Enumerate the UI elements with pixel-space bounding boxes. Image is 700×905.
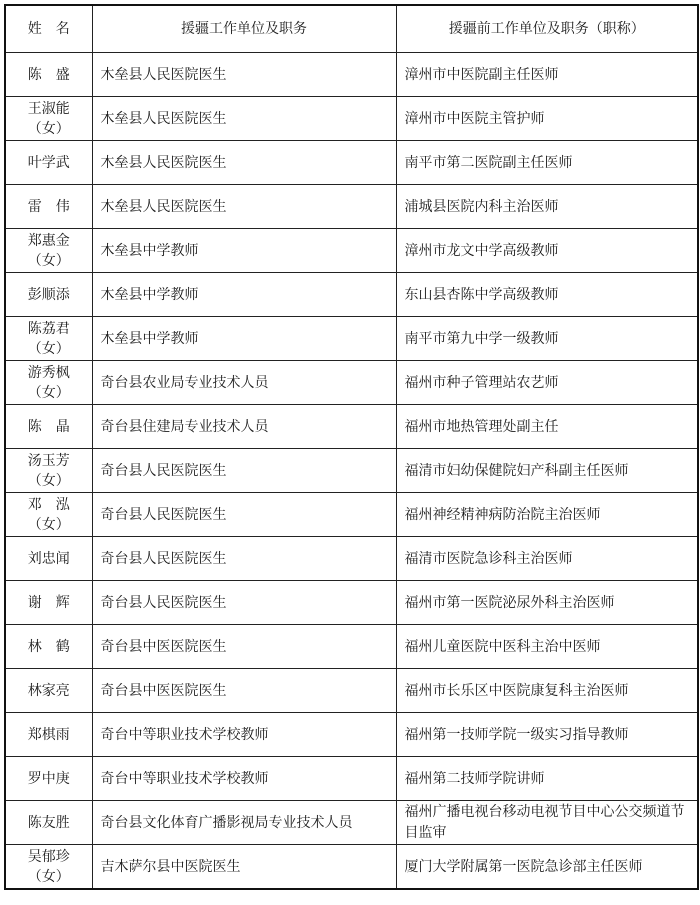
person-name: 谢 辉 [14,593,84,613]
name-cell: 林 鹤 [5,625,92,669]
previous-post-cell: 东山县杏陈中学高级教师 [396,273,698,317]
personnel-table: 姓 名 援疆工作单位及职务 援疆前工作单位及职务（职称） 陈 盛 木垒县人民医院… [4,4,699,890]
name-cell: 王淑能 （女） [5,97,92,141]
table-row: 陈 晶 奇台县住建局专业技术人员 福州市地热管理处副主任 [5,405,698,449]
table-row: 王淑能 （女） 木垒县人民医院医生 漳州市中医院主管护师 [5,97,698,141]
document-page: 姓 名 援疆工作单位及职务 援疆前工作单位及职务（职称） 陈 盛 木垒县人民医院… [4,4,699,890]
name-cell: 雷 伟 [5,185,92,229]
previous-post-cell: 福州神经精神病防治院主治医师 [396,493,698,537]
gender-note: （女） [14,471,84,491]
table-row: 陈荔君 （女） 木垒县中学教师 南平市第九中学一级教师 [5,317,698,361]
name-cell: 林家亮 [5,669,92,713]
gender-note: （女） [14,867,84,887]
xinjiang-post-cell: 奇台县人民医院医生 [92,449,396,493]
previous-post-cell: 福州市种子管理站农艺师 [396,361,698,405]
previous-post-cell: 福州第二技师学院讲师 [396,757,698,801]
table-row: 罗中庚 奇台中等职业技术学校教师 福州第二技师学院讲师 [5,757,698,801]
xinjiang-post-cell: 奇台中等职业技术学校教师 [92,757,396,801]
header-name: 姓 名 [5,5,92,53]
person-name: 汤玉芳 [14,451,84,471]
person-name: 罗中庚 [14,769,84,789]
previous-post-cell: 福清市医院急诊科主治医师 [396,537,698,581]
name-cell: 吴郁珍 （女） [5,845,92,890]
table-body: 陈 盛 木垒县人民医院医生 漳州市中医院副主任医师 王淑能 （女） 木垒县人民医… [5,53,698,890]
person-name: 彭顺添 [14,285,84,305]
table-row: 游秀枫 （女） 奇台县农业局专业技术人员 福州市种子管理站农艺师 [5,361,698,405]
xinjiang-post-cell: 奇台中等职业技术学校教师 [92,713,396,757]
xinjiang-post-cell: 木垒县人民医院医生 [92,141,396,185]
person-name: 吴郁珍 [14,847,84,867]
person-name: 刘忠闻 [14,549,84,569]
table-row: 林 鹤 奇台县中医医院医生 福州儿童医院中医科主治中医师 [5,625,698,669]
previous-post-cell: 漳州市龙文中学高级教师 [396,229,698,273]
previous-post-cell: 南平市第二医院副主任医师 [396,141,698,185]
header-xinjiang-post: 援疆工作单位及职务 [92,5,396,53]
xinjiang-post-cell: 奇台县人民医院医生 [92,493,396,537]
gender-note: （女） [14,515,84,535]
previous-post-cell: 南平市第九中学一级教师 [396,317,698,361]
person-name: 林 鹤 [14,637,84,657]
table-row: 吴郁珍 （女） 吉木萨尔县中医院医生 厦门大学附属第一医院急诊部主任医师 [5,845,698,890]
xinjiang-post-cell: 奇台县人民医院医生 [92,537,396,581]
gender-note: （女） [14,383,84,403]
previous-post-cell: 漳州市中医院副主任医师 [396,53,698,97]
name-cell: 罗中庚 [5,757,92,801]
previous-post-cell: 漳州市中医院主管护师 [396,97,698,141]
xinjiang-post-cell: 木垒县人民医院医生 [92,97,396,141]
table-row: 郑惠金 （女） 木垒县中学教师 漳州市龙文中学高级教师 [5,229,698,273]
previous-post-cell: 福州市地热管理处副主任 [396,405,698,449]
gender-note: （女） [14,251,84,271]
table-row: 刘忠闻 奇台县人民医院医生 福清市医院急诊科主治医师 [5,537,698,581]
previous-post-cell: 福州市第一医院泌尿外科主治医师 [396,581,698,625]
person-name: 雷 伟 [14,197,84,217]
name-cell: 汤玉芳 （女） [5,449,92,493]
previous-post-cell: 福州广播电视台移动电视节目中心公交频道节目监审 [396,801,698,845]
person-name: 王淑能 [14,99,84,119]
person-name: 陈 盛 [14,65,84,85]
person-name: 郑棋雨 [14,725,84,745]
previous-post-cell: 福州儿童医院中医科主治中医师 [396,625,698,669]
table-row: 叶学武 木垒县人民医院医生 南平市第二医院副主任医师 [5,141,698,185]
table-row: 林家亮 奇台县中医医院医生 福州市长乐区中医院康复科主治医师 [5,669,698,713]
person-name: 郑惠金 [14,231,84,251]
name-cell: 刘忠闻 [5,537,92,581]
xinjiang-post-cell: 木垒县中学教师 [92,229,396,273]
name-cell: 陈友胜 [5,801,92,845]
person-name: 游秀枫 [14,363,84,383]
person-name: 陈荔君 [14,319,84,339]
table-row: 彭顺添 木垒县中学教师 东山县杏陈中学高级教师 [5,273,698,317]
name-cell: 谢 辉 [5,581,92,625]
name-cell: 郑惠金 （女） [5,229,92,273]
header-row: 姓 名 援疆工作单位及职务 援疆前工作单位及职务（职称） [5,5,698,53]
table-row: 陈 盛 木垒县人民医院医生 漳州市中医院副主任医师 [5,53,698,97]
gender-note: （女） [14,339,84,359]
previous-post-cell: 福清市妇幼保健院妇产科副主任医师 [396,449,698,493]
gender-note: （女） [14,119,84,139]
xinjiang-post-cell: 奇台县中医医院医生 [92,669,396,713]
table-row: 邓 泓 （女） 奇台县人民医院医生 福州神经精神病防治院主治医师 [5,493,698,537]
person-name: 陈友胜 [14,813,84,833]
xinjiang-post-cell: 奇台县中医医院医生 [92,625,396,669]
xinjiang-post-cell: 奇台县住建局专业技术人员 [92,405,396,449]
name-cell: 陈 盛 [5,53,92,97]
xinjiang-post-cell: 吉木萨尔县中医院医生 [92,845,396,890]
name-cell: 邓 泓 （女） [5,493,92,537]
table-row: 汤玉芳 （女） 奇台县人民医院医生 福清市妇幼保健院妇产科副主任医师 [5,449,698,493]
person-name: 陈 晶 [14,417,84,437]
name-cell: 陈荔君 （女） [5,317,92,361]
header-previous-post: 援疆前工作单位及职务（职称） [396,5,698,53]
name-cell: 彭顺添 [5,273,92,317]
previous-post-cell: 浦城县医院内科主治医师 [396,185,698,229]
table-row: 雷 伟 木垒县人民医院医生 浦城县医院内科主治医师 [5,185,698,229]
previous-post-cell: 厦门大学附属第一医院急诊部主任医师 [396,845,698,890]
previous-post-cell: 福州市长乐区中医院康复科主治医师 [396,669,698,713]
person-name: 林家亮 [14,681,84,701]
previous-post-cell: 福州第一技师学院一级实习指导教师 [396,713,698,757]
table-row: 谢 辉 奇台县人民医院医生 福州市第一医院泌尿外科主治医师 [5,581,698,625]
name-cell: 游秀枫 （女） [5,361,92,405]
xinjiang-post-cell: 木垒县人民医院医生 [92,185,396,229]
person-name: 叶学武 [14,153,84,173]
name-cell: 陈 晶 [5,405,92,449]
xinjiang-post-cell: 奇台县文化体育广播影视局专业技术人员 [92,801,396,845]
xinjiang-post-cell: 奇台县人民医院医生 [92,581,396,625]
xinjiang-post-cell: 木垒县人民医院医生 [92,53,396,97]
person-name: 邓 泓 [14,495,84,515]
table-row: 郑棋雨 奇台中等职业技术学校教师 福州第一技师学院一级实习指导教师 [5,713,698,757]
xinjiang-post-cell: 木垒县中学教师 [92,273,396,317]
xinjiang-post-cell: 木垒县中学教师 [92,317,396,361]
name-cell: 叶学武 [5,141,92,185]
xinjiang-post-cell: 奇台县农业局专业技术人员 [92,361,396,405]
table-row: 陈友胜 奇台县文化体育广播影视局专业技术人员 福州广播电视台移动电视节目中心公交… [5,801,698,845]
name-cell: 郑棋雨 [5,713,92,757]
